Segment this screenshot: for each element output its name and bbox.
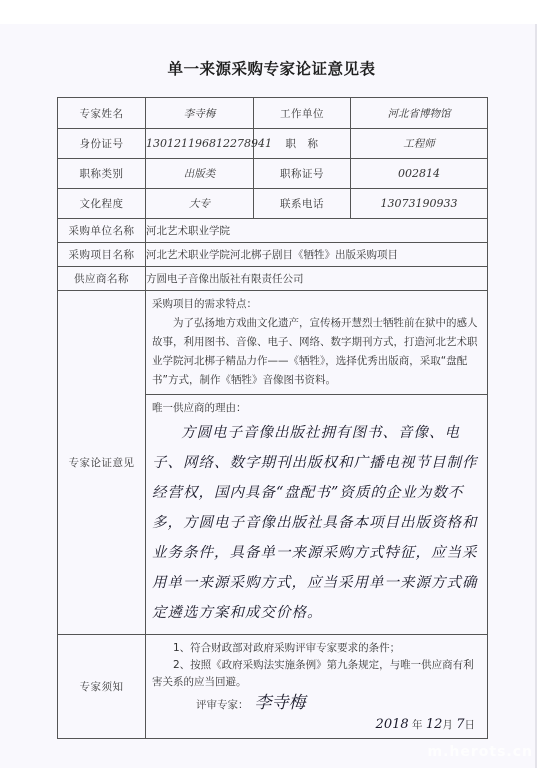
phone-label: 联系电话 (254, 189, 351, 219)
row-needs: 专家论证意见 采购项目的需求特点： 为了弘扬地方戏曲文化遗产，宣传杨开慧烈士牺牲… (58, 291, 488, 395)
needs-cell: 采购项目的需求特点： 为了弘扬地方戏曲文化遗产，宣传杨开慧烈士牺牲前在狱中的感人… (146, 291, 488, 395)
date-month-suffix: 月 (442, 719, 453, 731)
work-unit-value: 河北省博物馆 (351, 98, 488, 129)
supplier-value: 方圆电子音像出版社有限责任公司 (146, 267, 488, 291)
watermark: m.herots.cn (428, 744, 534, 760)
title-category-value: 出版类 (146, 159, 254, 189)
phone-value: 13073190933 (351, 189, 488, 219)
expert-name-value: 李寺梅 (146, 98, 254, 129)
row-title-category: 职称类别 出版类 职称证号 002814 (58, 159, 488, 189)
expert-name-label: 专家姓名 (58, 98, 146, 129)
professional-title-value: 工程师 (351, 129, 488, 159)
date-day-suffix: 日 (465, 719, 476, 731)
date-year-suffix: 年 (412, 719, 423, 731)
reviewer-label: 评审专家： (196, 699, 249, 711)
expert-opinion-form: 专家姓名 李寺梅 工作单位 河北省博物馆 身份证号 13012119681227… (57, 97, 488, 739)
note-item-2: 2、按照《政府采购法实施条例》第九条规定，与唯一供应商有利害关系的应当回避。 (152, 657, 481, 691)
project-value: 河北艺术职业学院河北梆子剧目《牺牲》出版采购项目 (146, 243, 488, 267)
id-number-label: 身份证号 (58, 129, 146, 159)
note-item-1: 1、符合财政部对政府采购评审专家要求的条件； (152, 640, 481, 657)
reason-text: 方圆电子音像出版社拥有图书、音像、电子、网络、数字期刊出版权和广播电视节目制作经… (152, 418, 481, 628)
supplier-label: 供应商名称 (58, 267, 146, 291)
reason-heading: 唯一供应商的理由： (152, 399, 481, 418)
row-notes: 专家须知 1、符合财政部对政府采购评审专家要求的条件； 2、按照《政府采购法实施… (58, 635, 488, 739)
date-month: 12 (426, 717, 443, 732)
row-purchaser: 采购单位名称 河北艺术职业学院 (58, 219, 488, 243)
id-number-value: 130121196812278941 (146, 129, 254, 159)
row-id-number: 身份证号 130121196812278941 职 称 工程师 (58, 129, 488, 159)
document-title: 单一来源采购专家论证意见表 (0, 57, 543, 79)
purchaser-label: 采购单位名称 (58, 219, 146, 243)
needs-text: 为了弘扬地方戏曲文化遗产，宣传杨开慧烈士牺牲前在狱中的感人故事，利用图书、音像、… (152, 314, 481, 390)
row-project: 采购项目名称 河北艺术职业学院河北梆子剧目《牺牲》出版采购项目 (58, 243, 488, 267)
notes-cell: 1、符合财政部对政府采购评审专家要求的条件； 2、按照《政府采购法实施条例》第九… (146, 635, 488, 739)
title-cert-label: 职称证号 (254, 159, 351, 189)
row-supplier: 供应商名称 方圆电子音像出版社有限责任公司 (58, 267, 488, 291)
notes-label: 专家须知 (58, 635, 146, 739)
expert-opinion-label: 专家论证意见 (58, 291, 146, 635)
purchaser-value: 河北艺术职业学院 (146, 219, 488, 243)
title-cert-value: 002814 (351, 159, 488, 189)
work-unit-label: 工作单位 (254, 98, 351, 129)
row-expert-name: 专家姓名 李寺梅 工作单位 河北省博物馆 (58, 98, 488, 129)
signature-date: 2018 年 12月 7日 (152, 716, 481, 734)
title-category-label: 职称类别 (58, 159, 146, 189)
project-label: 采购项目名称 (58, 243, 146, 267)
needs-heading: 采购项目的需求特点： (152, 295, 481, 314)
reason-cell: 唯一供应商的理由： 方圆电子音像出版社拥有图书、音像、电子、网络、数字期刊出版权… (146, 395, 488, 635)
date-year: 2018 (376, 717, 409, 732)
row-education: 文化程度 大专 联系电话 13073190933 (58, 189, 488, 219)
date-day: 7 (456, 717, 464, 732)
education-value: 大专 (146, 189, 254, 219)
reviewer-line: 评审专家：李寺梅 (152, 695, 481, 714)
education-label: 文化程度 (58, 189, 146, 219)
reviewer-signature: 李寺梅 (255, 693, 306, 713)
